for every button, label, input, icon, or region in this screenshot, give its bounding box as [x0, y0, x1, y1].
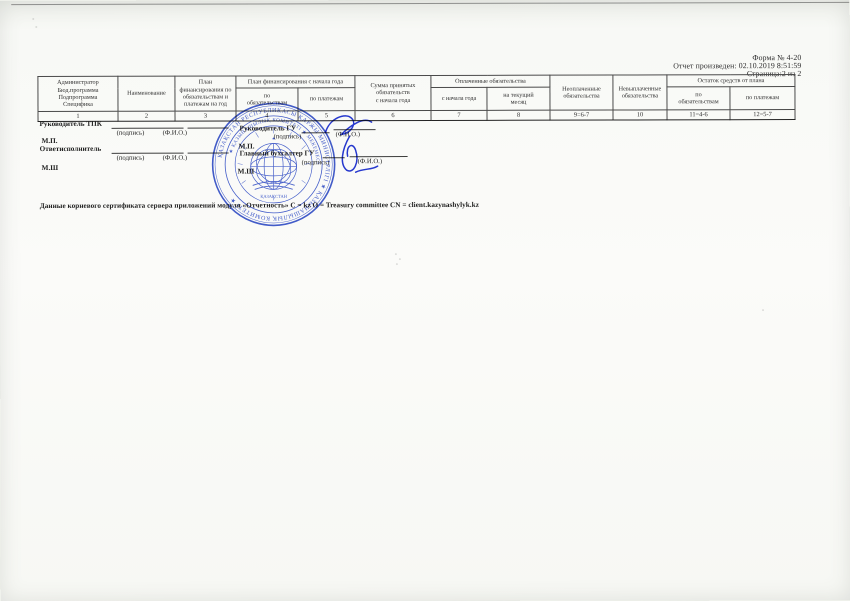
sub-header-balance-by-obligations: по обязательствам: [667, 87, 730, 110]
group-header-balance: Остаток средств от плана: [667, 75, 795, 87]
pen-stroke-graphic: [320, 110, 386, 180]
stamp-star-icon: ★: [272, 136, 276, 141]
sub-header-current-month: на текущий месяц: [487, 87, 550, 110]
signature-line: [112, 153, 184, 154]
signature-caption-fio: (Ф.И.О.): [163, 155, 187, 162]
col-header-name: Наименование: [118, 76, 175, 111]
col-number: 11=4-6: [667, 110, 730, 120]
signature-label-tpk-head: Руководитель ТПК: [40, 120, 102, 128]
scan-speck: [396, 263, 398, 265]
signature-caption-sign: (подпись): [117, 155, 145, 162]
group-header-plan-ytd: План финансирования с начала года: [236, 76, 355, 88]
scanner-artifact-line: [11, 2, 849, 5]
col-number: 7: [431, 110, 487, 120]
scan-speck: [399, 258, 401, 260]
col-number: 8: [487, 110, 550, 120]
signature-caption-sign: (подпись): [117, 130, 145, 137]
col-number: 10: [613, 110, 667, 120]
col-header-administrator: Администратор Бюд.программа Подпрограмма…: [38, 76, 118, 111]
stamp-emblem: [250, 142, 298, 190]
col-header-undisbursed: Невыплаченные обязательства: [613, 75, 667, 110]
scan-speck: [35, 26, 37, 28]
group-header-paid: Оплаченные обязательства: [431, 75, 550, 87]
scan-speck: [395, 253, 397, 255]
col-number: 12=5-7: [730, 110, 795, 120]
report-table: Администратор Бюд.программа Подпрограмма…: [37, 74, 795, 122]
col-header-unpaid: Неоплаченные обязательства: [550, 75, 613, 110]
signature-line: [112, 128, 184, 129]
scan-speck: [32, 18, 34, 20]
col-header-sum-accepted: Сумма принятых обязательств с начала год…: [355, 75, 431, 110]
scan-speck: [762, 309, 764, 311]
col-number: 9=6-7: [550, 110, 613, 120]
sub-header-balance-by-payments: по платежам: [730, 87, 795, 110]
sub-header-ytd: с начала года: [431, 87, 487, 110]
scanned-page: Форма № 4-20 Отчет произведен: 02.10.201…: [0, 0, 850, 601]
seal-placeholder-msh: М.Ш: [42, 164, 59, 172]
signature-label-executor: Ответисполнитель: [40, 145, 102, 153]
stamp-center-text: ҚАЗАҚСТАН: [260, 194, 287, 199]
seal-placeholder-mp: М.П.: [42, 137, 58, 145]
col-number: 2: [118, 111, 175, 121]
signature-caption-fio: (Ф.И.О.): [163, 130, 187, 137]
handwritten-signature: [320, 110, 386, 180]
